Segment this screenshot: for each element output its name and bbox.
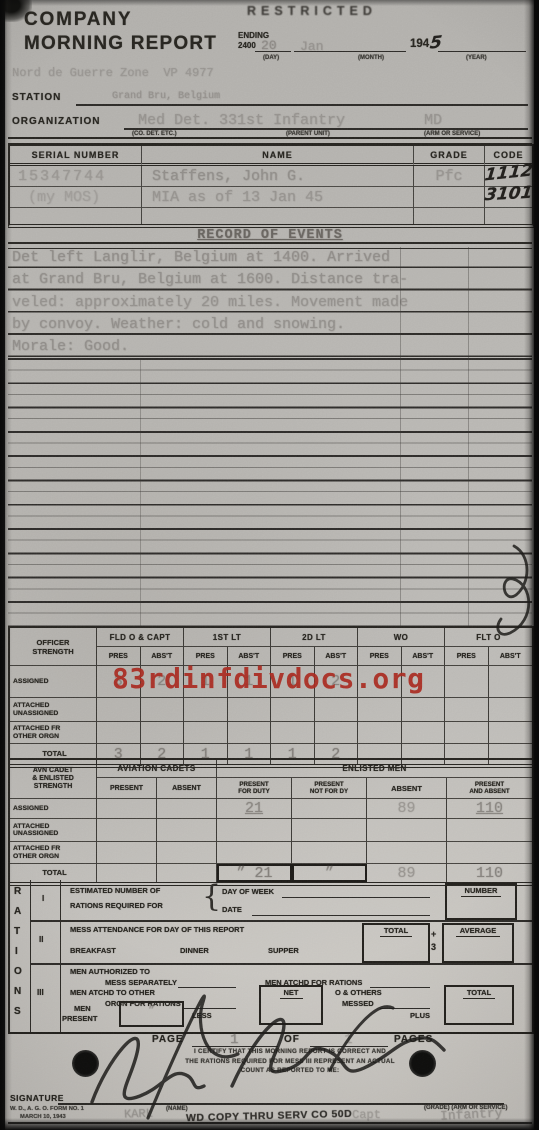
roster-cell-name: MIA as of 13 Jan 45: [142, 187, 414, 208]
station-label: STATION: [12, 92, 61, 103]
cadet-cell: 21: [217, 799, 292, 819]
numeral-iii: III: [37, 988, 44, 997]
bottom-rule: [8, 1122, 532, 1124]
plus-sign: +: [431, 929, 436, 939]
form-number: W. D., A. G. O. FORM NO. 1: [10, 1106, 84, 1112]
scanned-morning-report-photo: RESTRICTED COMPANY MORNING REPORT ENDING…: [0, 0, 539, 1130]
organization-label: ORGANIZATION: [12, 116, 100, 127]
row-label-assigned: ASSIGNED: [10, 799, 97, 819]
group-fldo-capt: FLD O & CAPT: [97, 628, 184, 647]
certify-line: THE RATIONS REQUIRED FOR MESS III REPRES…: [145, 1058, 435, 1065]
rations-rule-2: [30, 963, 532, 965]
typed-grade: Capt: [352, 1108, 381, 1122]
row-label-attached-fr-other: ATTACHED FROTHER ORGN: [10, 722, 97, 744]
roster-cell-name: [142, 208, 414, 224]
punch-hole-left: [72, 1050, 99, 1077]
officer-cell: [445, 698, 489, 722]
rations-letter: S: [14, 1006, 21, 1017]
punch-hole-right: [409, 1050, 436, 1077]
rations-letter: I: [15, 946, 18, 957]
cadet-cell: [292, 799, 367, 819]
roster-cell-serial: 15347744: [10, 166, 142, 187]
events-line: by convoy. Weather: cold and snowing.: [12, 316, 345, 333]
rations-rule-1: [30, 920, 532, 922]
mess-separately-line: [178, 977, 236, 988]
row-label-assigned: ASSIGNED: [10, 666, 97, 698]
officer-strength-table: OFFICERSTRENGTH FLD O & CAPT 1ST LT 2D L…: [8, 626, 534, 768]
year-sublabel: (YEAR): [466, 55, 487, 61]
sub-present-for-duty: PRESENTFOR DUTY: [217, 778, 292, 799]
enlisted-strength-table: AVN CADET& ENLISTEDSTRENGTH AVIATION CAD…: [8, 758, 534, 886]
roster-cell-name: Staffens, John G.: [142, 166, 414, 187]
rations-letter: R: [14, 886, 21, 897]
sub-absent: ABSENT: [157, 778, 217, 799]
officer-cell: [315, 698, 359, 722]
day-value: 20: [261, 38, 277, 53]
men-authorized-label: MEN AUTHORIZED TO: [70, 967, 150, 976]
col-header-grade: GRADE: [414, 146, 485, 166]
row-label-attached-unassigned: ATTACHEDUNASSIGNED: [10, 698, 97, 722]
group-2d-lt: 2D LT: [271, 628, 358, 647]
scan-corner-shadow: [0, 0, 32, 22]
cadet-cell: [97, 842, 157, 864]
roster-cell-grade: [414, 208, 485, 224]
officer-cell: [489, 722, 533, 744]
day-of-week-label: DAY OF WEEK: [222, 887, 274, 896]
record-of-events-block: Det left Langlir, Belgium at 1400. Arriv…: [8, 247, 532, 358]
col-header-serial: SERIAL NUMBER: [10, 146, 142, 166]
cadet-cell: [97, 799, 157, 819]
form-date: MARCH 10, 1943: [20, 1114, 66, 1120]
roster-cell-serial: [10, 208, 142, 224]
cadet-cell: [217, 842, 292, 864]
roster-table: SERIAL NUMBER NAME GRADE CODE 15347744 S…: [8, 144, 534, 228]
officer-cell: [315, 722, 359, 744]
officer-cell: [228, 698, 272, 722]
group-1st-lt: 1ST LT: [184, 628, 271, 647]
average-box: AVERAGE: [442, 923, 514, 963]
group-flt-o: FLT O: [445, 628, 532, 647]
arm-service-value: MD: [424, 112, 442, 129]
day-sublabel: (DAY): [263, 55, 279, 61]
men-atchd-other-label: MEN ATCHD TO OTHER: [70, 988, 155, 997]
month-sublabel: (MONTH): [358, 55, 384, 61]
rations-required-label: RATIONS REQUIRED FOR: [70, 901, 163, 910]
officer-cell: [97, 722, 141, 744]
cadet-cell: [447, 819, 532, 842]
officer-cell: [271, 698, 315, 722]
sub-present-not-for-dy: PRESENTNOT FOR DY: [292, 778, 367, 799]
officer-cell: [489, 698, 533, 722]
record-of-events-title: RECORD OF EVENTS: [140, 228, 400, 243]
numeral-i: I: [42, 894, 44, 903]
certify-line: COUNT AS REPORTED TO ME:: [145, 1067, 435, 1074]
events-line: Det left Langlir, Belgium at 1400. Arriv…: [12, 249, 390, 266]
officer-cell: [184, 698, 228, 722]
typed-name: KARL: [124, 1107, 153, 1122]
officer-cell: [358, 698, 402, 722]
archive-watermark: 83rdinfdivdocs.org: [112, 662, 424, 695]
cadet-cell: [97, 819, 157, 842]
o-and-others-label: O & OTHERS: [335, 988, 382, 997]
roster-cell-grade: [414, 187, 485, 208]
officer-cell: [358, 722, 402, 744]
form-title-line1: COMPANY: [24, 9, 132, 31]
orgn-for-rations-line: [182, 998, 236, 1009]
ending-time: 2400: [238, 41, 256, 50]
group-aviation-cadets: AVIATION CADETS: [97, 760, 217, 778]
present-label: PRESENT: [62, 1014, 97, 1023]
roster-cell-code: [485, 208, 532, 224]
cadet-cell: [217, 819, 292, 842]
station-value: Grand Bru, Belgium: [112, 91, 220, 102]
avn-cadet-header: AVN CADET& ENLISTEDSTRENGTH: [10, 760, 97, 799]
plus-label: PLUS: [410, 1011, 430, 1020]
number-box: NUMBER: [445, 883, 517, 920]
cadet-cell: [367, 842, 447, 864]
rations-section: R A T I O N S I II III ESTIMATED NUMBER …: [8, 880, 534, 1034]
estimated-number-label: ESTIMATED NUMBER OF: [70, 886, 160, 895]
supper-label: SUPPER: [268, 946, 299, 955]
cadet-cell: 110: [447, 799, 532, 819]
roster-cell-serial: (my MOS): [10, 187, 142, 208]
officer-cell: [445, 666, 489, 698]
numeral-ii: II: [39, 935, 43, 944]
roster-cell-code: 3101: [485, 187, 532, 208]
events-line: veled: approximately 20 miles. Movement …: [12, 294, 408, 311]
column-tick-mid: [400, 247, 401, 626]
net-box: NET: [259, 985, 323, 1025]
cadet-cell: [157, 842, 217, 864]
column-tick-left: [140, 360, 141, 626]
officer-cell: [228, 722, 272, 744]
cadet-cell: [292, 819, 367, 842]
pages-total-value: 1: [344, 1032, 352, 1048]
zone-typed-line: Nord de Guerre Zone VP 4977: [12, 66, 214, 80]
col-header-name: NAME: [142, 146, 414, 166]
name-sublabel: (NAME): [166, 1106, 188, 1112]
cadet-cell: [157, 819, 217, 842]
page-label: PAGE: [152, 1034, 184, 1045]
day-of-week-line: [282, 886, 430, 898]
organization-underline: [124, 128, 528, 130]
cadet-cell: [447, 842, 532, 864]
men-present-box: ”: [119, 1001, 184, 1027]
page-number-value: 1: [230, 1032, 238, 1048]
rations-letter: N: [14, 986, 21, 997]
officer-cell: [489, 666, 533, 698]
rations-letter: O: [14, 966, 22, 977]
total-box: TOTAL: [362, 923, 430, 963]
cadet-cell: [157, 799, 217, 819]
rations-divider: [30, 880, 31, 1032]
date-label: DATE: [222, 905, 242, 914]
mess-separately-label: MESS SEPARATELY: [105, 978, 177, 987]
year-underline: [438, 36, 526, 52]
officer-cell: [97, 698, 141, 722]
dinner-label: DINNER: [180, 946, 209, 955]
officer-cell: [271, 722, 315, 744]
officer-cell: [141, 698, 185, 722]
station-underline: [76, 104, 528, 106]
column-tick-right: [468, 247, 469, 626]
certification-text: I CERTIFY THAT THIS MORNING REPORT IS CO…: [145, 1048, 435, 1074]
cadet-cell: 89: [367, 799, 447, 819]
breakfast-label: BREAKFAST: [70, 946, 116, 955]
sub-present-and-absent: PRESENTAND ABSENT: [447, 778, 532, 799]
cadet-cell: [292, 842, 367, 864]
events-line: at Grand Bru, Belgium at 1600. Distance …: [12, 271, 408, 288]
blank-ruled-lines: [8, 358, 532, 626]
row-label-attached-fr-other: ATTACHED FROTHER ORGN: [10, 842, 97, 864]
group-wo: WO: [358, 628, 445, 647]
of-label: OF: [284, 1034, 300, 1045]
month-value: Jan: [300, 39, 323, 54]
mess-attendance-label: MESS ATTENDANCE FOR DAY OF THIS REPORT: [70, 925, 244, 934]
officer-strength-header: OFFICERSTRENGTH: [10, 628, 97, 666]
rations-divider: [60, 880, 61, 1032]
form-title-line2: MORNING REPORT: [24, 33, 217, 55]
total-box-2: TOTAL: [444, 985, 514, 1025]
events-line: Morale: Good.: [12, 338, 129, 355]
messed-line: [380, 998, 430, 1009]
header-double-rule: [8, 137, 532, 144]
less-label: LESS: [192, 1011, 212, 1020]
officer-cell: [184, 722, 228, 744]
rations-letter: T: [14, 926, 20, 937]
men-atchd-rations-line: [370, 977, 430, 988]
sub-present: PRESENT: [97, 778, 157, 799]
sub-abst: ABS'T: [489, 647, 533, 666]
rations-letter: A: [14, 906, 21, 917]
sub-pres: PRES: [445, 647, 489, 666]
officer-cell: [141, 722, 185, 744]
roster-cell-grade: Pfc: [414, 166, 485, 187]
sub-absent: ABSENT: [367, 778, 447, 799]
messed-label: MESSED: [342, 999, 374, 1008]
row-label-attached-unassigned: ATTACHEDUNASSIGNED: [10, 819, 97, 842]
date-line: [252, 904, 430, 916]
cadet-cell: [367, 819, 447, 842]
men-label: MEN: [74, 1004, 91, 1013]
restricted-stamp: RESTRICTED: [247, 4, 377, 18]
pages-label: PAGES: [394, 1034, 433, 1045]
certify-line: I CERTIFY THAT THIS MORNING REPORT IS CO…: [145, 1048, 435, 1055]
organization-value: Med Det. 331st Infantry: [138, 112, 345, 129]
officer-cell: [402, 722, 446, 744]
divisor-three: 3: [431, 942, 436, 952]
form-brace: {: [202, 879, 221, 914]
year-printed: 194: [410, 38, 429, 50]
officer-cell: [445, 722, 489, 744]
signature-label: SIGNATURE: [10, 1093, 64, 1103]
group-enlisted-men: ENLISTED MEN: [217, 760, 532, 778]
officer-cell: [402, 698, 446, 722]
